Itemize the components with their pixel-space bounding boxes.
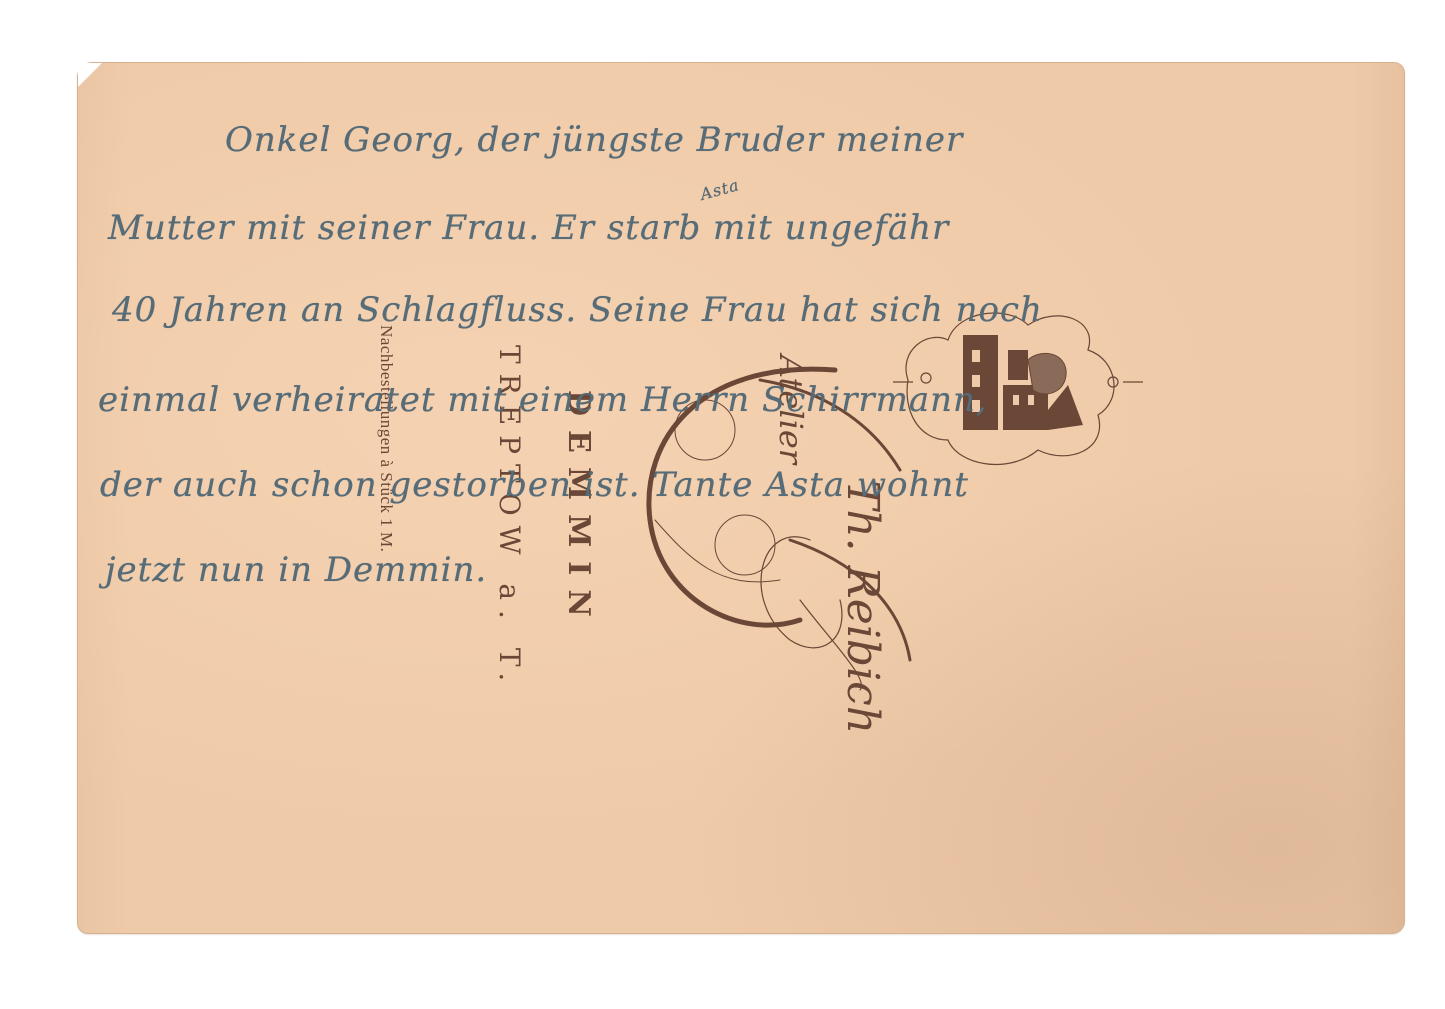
- handwritten-line-5: der auch schon gestorben ist. Tante Asta…: [100, 465, 969, 505]
- handwritten-line-2: Mutter mit seiner Frau. Er starb mit ung…: [108, 208, 949, 248]
- imprint-studio-name: Th. Reibich: [837, 480, 888, 734]
- handwritten-line-4: einmal verheiratet mit einem Herrn Schir…: [98, 380, 988, 420]
- handwritten-line-1: Onkel Georg, der jüngste Bruder meiner: [225, 120, 963, 160]
- handwritten-line-3: 40 Jahren an Schlagfluss. Seine Frau hat…: [112, 290, 1043, 330]
- handwritten-line-6: jetzt nun in Demmin.: [105, 550, 487, 590]
- imprint-city: DEMMIN: [561, 390, 596, 631]
- imprint-reorder-note: Nachbestellungen à Stück 1 M.: [376, 325, 396, 552]
